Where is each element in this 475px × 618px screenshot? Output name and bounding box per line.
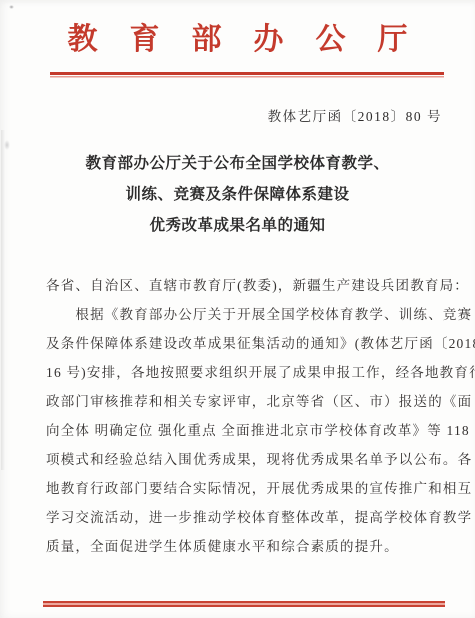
notice-body-line: 根据《教育部办公厅关于开展全国学校体育教学、训练、竞赛 xyxy=(46,300,448,329)
scan-artifact-speck xyxy=(9,5,14,9)
notice-title-line: 教育部办公厅关于公布全国学校体育教学、 xyxy=(0,148,475,179)
notice-body-line: 地教育行政部门要结合实际情况，开展优秀成果的宣传推广和相互 xyxy=(46,474,448,503)
notice-body: 各省、自治区、直辖市教育厅(教委)，新疆生产建设兵团教育局： 根据《教育部办公厅… xyxy=(46,271,448,561)
document-page: 教育部办公厅 教体艺厅函〔2018〕80 号 教育部办公厅关于公布全国学校体育教… xyxy=(0,0,475,618)
notice-body-line: 项模式和经验总结入围优秀成果，现将优秀成果名单予以公布。各 xyxy=(46,445,448,474)
notice-title: 教育部办公厅关于公布全国学校体育教学、训练、竞赛及条件保障体系建设优秀改革成果名… xyxy=(0,148,475,241)
notice-body-line: 各省、自治区、直辖市教育厅(教委)，新疆生产建设兵团教育局： xyxy=(46,271,448,300)
notice-title-line: 优秀改革成果名单的通知 xyxy=(0,210,475,241)
notice-body-line: 向全体 明确定位 强化重点 全面推进北京市学校体育改革》等 118 xyxy=(46,416,448,445)
notice-body-line: 16 号)安排，各地按照要求组织开展了成果申报工作，经各地教育行 xyxy=(46,358,448,387)
footer-rule xyxy=(43,601,445,608)
letterhead-agency-title: 教育部办公厅 xyxy=(0,21,475,59)
letterhead-rule xyxy=(50,72,444,78)
notice-body-line: 质量，全面促进学生体质健康水平和综合素质的提升。 xyxy=(46,532,448,561)
notice-body-line: 政部门审核推荐和相关专家评审，北京等省（区、市）报送的《面 xyxy=(46,387,448,416)
notice-body-line: 学习交流活动，进一步推动学校体育整体改革，提高学校体育教学 xyxy=(46,503,448,532)
notice-body-line: 及条件保障体系建设改革成果征集活动的通知》(教体艺厅函〔2018〕 xyxy=(46,329,448,358)
notice-title-line: 训练、竞赛及条件保障体系建设 xyxy=(0,179,475,210)
document-number: 教体艺厅函〔2018〕80 号 xyxy=(268,105,442,125)
